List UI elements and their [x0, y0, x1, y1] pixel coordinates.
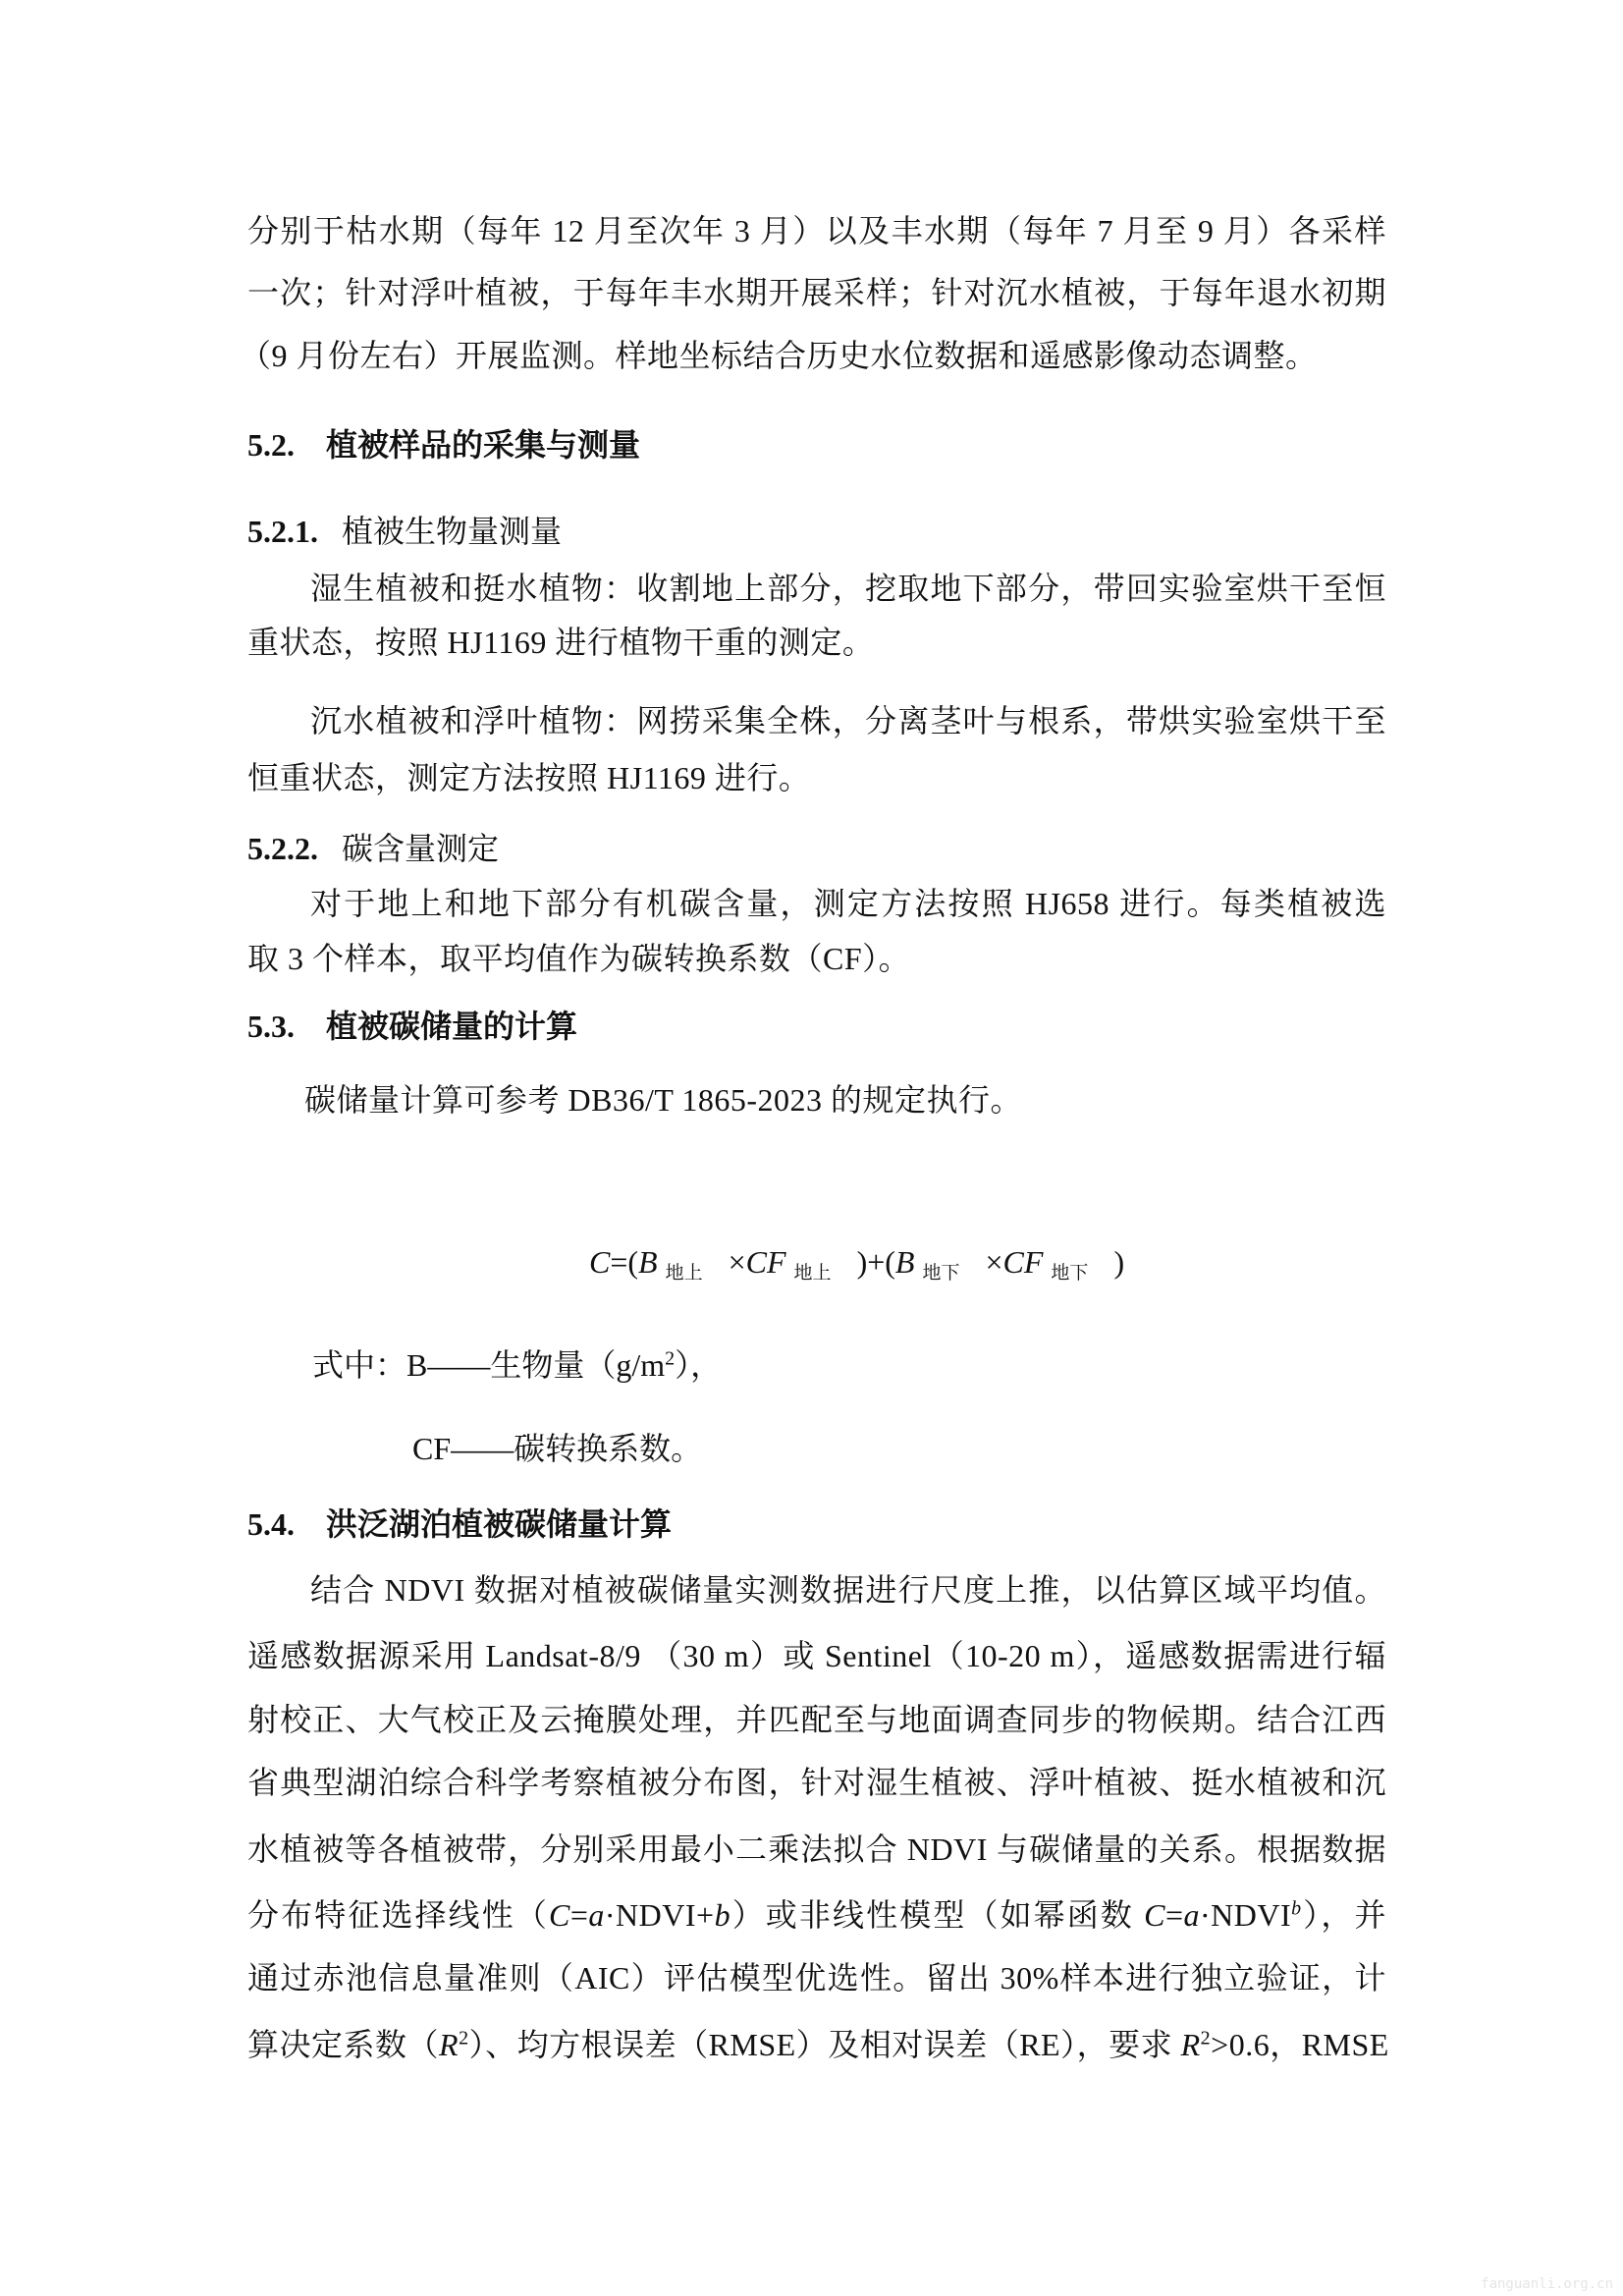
formula-subscript: 地下	[1051, 1263, 1088, 1284]
section-heading-5-2-1: 5.2.1.植被生物量测量	[247, 512, 562, 551]
body-text-line: 通过赤池信息量准则（AIC）评估模型优选性。留出 30%样本进行独立验证，计	[247, 1958, 1386, 1997]
section-heading-5-4: 5.4.洪泛湖泊植被碳储量计算	[247, 1504, 672, 1544]
text-run: 分布特征选择线性（	[247, 1897, 549, 1933]
body-text-line: 射校正、大气校正及云掩膜处理，并匹配至与地面调查同步的物候期。结合江西	[247, 1700, 1386, 1739]
body-text-line: 省典型湖泊综合科学考察植被分布图，针对湿生植被、浮叶植被、挺水植被和沉	[247, 1763, 1386, 1802]
formula-operator: =(	[610, 1244, 638, 1280]
where-b-end: ），	[675, 1347, 722, 1383]
body-text-line: 对于地上和地下部分有机碳含量，测定方法按照 HJ658 进行。每类植被选	[247, 884, 1386, 923]
math-symbol: b	[715, 1897, 731, 1933]
body-text-line: 取 3 个样本，取平均值作为碳转换系数（CF）。	[247, 939, 1386, 978]
where-b-definition: B——生物量（g/m	[406, 1347, 665, 1383]
section-number: 5.2.1.	[247, 512, 342, 551]
formula-symbol: CF	[746, 1244, 786, 1280]
body-text-line: 沉水植被和浮叶植物：网捞采集全株，分离茎叶与根系，带烘实验室烘干至	[247, 701, 1386, 740]
math-symbol: a	[1184, 1897, 1201, 1933]
body-text-line: 重状态，按照 HJ1169 进行植物干重的测定。	[247, 623, 1386, 662]
carbon-storage-formula: C=(B地上×CF地上)+(B地下×CF地下)	[589, 1242, 1124, 1282]
section-number: 5.3.	[247, 1007, 326, 1046]
section-title: 植被样品的采集与测量	[326, 427, 640, 463]
section-number: 5.4.	[247, 1504, 326, 1544]
section-title: 洪泛湖泊植被碳储量计算	[326, 1506, 672, 1542]
text-run: ）或非线性模型（如幂函数	[730, 1897, 1144, 1933]
section-heading-5-3: 5.3.植被碳储量的计算	[247, 1007, 577, 1046]
math-symbol: C	[549, 1897, 570, 1933]
body-text-line: 碳储量计算可参考 DB36/T 1865-2023 的规定执行。	[304, 1080, 1286, 1120]
body-text-line: 湿生植被和挺水植物：收割地上部分，挖取地下部分，带回实验室烘干至恒	[247, 569, 1386, 608]
body-text-line: 恒重状态，测定方法按照 HJ1169 进行。	[247, 758, 1386, 797]
math-symbol: R	[439, 2027, 459, 2062]
formula-subscript: 地上	[666, 1263, 703, 1284]
text-run: >0.6，RMSE	[1211, 2027, 1389, 2062]
formula-subscript: 地上	[794, 1263, 832, 1284]
text-run: ）、均方根误差（RMSE）及相对误差（RE），要求	[469, 2027, 1181, 2062]
superscript: 2	[1201, 2027, 1212, 2049]
superscript: 2	[665, 1347, 675, 1369]
section-number: 5.2.2.	[247, 829, 342, 868]
formula-legend-cf: CF——碳转换系数。	[412, 1429, 702, 1468]
document-page: 分别于枯水期（每年 12 月至次年 3 月）以及丰水期（每年 7 月至 9 月）…	[0, 0, 1623, 2296]
formula-operator: )	[1113, 1244, 1124, 1280]
formula-legend-b: 式中：B——生物量（g/m2），	[312, 1345, 722, 1385]
section-title: 植被碳储量的计算	[326, 1009, 577, 1044]
formula-symbol: C	[589, 1244, 610, 1280]
formula-symbol: CF	[1003, 1244, 1044, 1280]
formula-operator: ×	[729, 1244, 746, 1280]
body-text-line: 水植被等各植被带，分别采用最小二乘法拟合 NDVI 与碳储量的关系。根据数据	[247, 1830, 1386, 1869]
section-title: 植被生物量测量	[342, 514, 562, 549]
section-heading-5-2: 5.2.植被样品的采集与测量	[247, 425, 640, 465]
body-text-line: 分别于枯水期（每年 12 月至次年 3 月）以及丰水期（每年 7 月至 9 月）…	[247, 211, 1386, 250]
body-text-line: 结合 NDVI 数据对植被碳储量实测数据进行尺度上推，以估算区域平均值。	[247, 1570, 1386, 1610]
formula-operator: ×	[985, 1244, 1002, 1280]
math-symbol: C	[1144, 1897, 1165, 1933]
section-heading-5-2-2: 5.2.2.碳含量测定	[247, 829, 499, 868]
body-text-line: 一次；针对浮叶植被，于每年丰水期开展采样；针对沉水植被，于每年退水初期	[247, 273, 1386, 312]
text-run: 算决定系数（	[247, 2027, 439, 2062]
superscript: b	[1291, 1897, 1302, 1919]
where-label: 式中：	[312, 1347, 406, 1383]
formula-subscript: 地下	[922, 1263, 959, 1284]
formula-operator: )+(	[857, 1244, 895, 1280]
section-title: 碳含量测定	[342, 831, 499, 866]
text-run: =	[1165, 1897, 1184, 1933]
body-text-line: 算决定系数（R2）、均方根误差（RMSE）及相对误差（RE），要求 R2>0.6…	[247, 2025, 1386, 2064]
superscript: 2	[459, 2027, 469, 2049]
formula-symbol: B	[638, 1244, 658, 1280]
text-run: =	[570, 1897, 589, 1933]
body-text-line: 遥感数据源采用 Landsat-8/9 （30 m）或 Sentinel（10-…	[247, 1636, 1386, 1675]
body-text-line: （9 月份左右）开展监测。样地坐标结合历史水位数据和遥感影像动态调整。	[240, 336, 1379, 375]
section-number: 5.2.	[247, 425, 326, 465]
math-symbol: R	[1181, 2027, 1201, 2062]
formula-symbol: B	[895, 1244, 915, 1280]
watermark: fanguanli.org.cn	[1481, 2276, 1613, 2292]
body-text-line: 分布特征选择线性（C=a·NDVI+b）或非线性模型（如幂函数 C=a·NDVI…	[247, 1895, 1386, 1935]
math-symbol: a	[588, 1897, 605, 1933]
text-run: ·NDVI	[1200, 1897, 1291, 1933]
text-run: ），并	[1302, 1897, 1386, 1933]
text-run: ·NDVI+	[605, 1897, 715, 1933]
